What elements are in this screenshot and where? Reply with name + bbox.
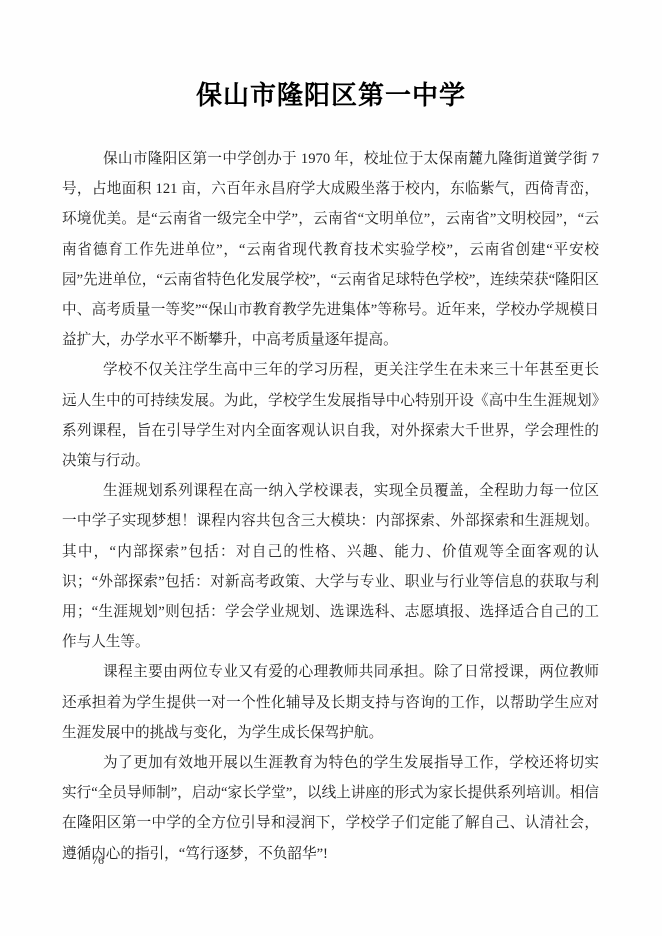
page-number: 76 — [92, 853, 104, 868]
paragraph-outlook: 为了更加有效地开展以生涯教育为特色的学生发展指导工作，学校还将切实实行“全员导师… — [62, 748, 599, 869]
document-page: 保山市隆阳区第一中学 保山市隆阳区第一中学创办于 1970 年，校址位于太保南麓… — [0, 0, 662, 936]
document-title: 保山市隆阳区第一中学 — [0, 0, 662, 112]
paragraph-curriculum-modules: 生涯规划系列课程在高一纳入学校课表，实现全员覆盖，全程助力每一位区一中学子实现梦… — [62, 476, 599, 657]
paragraph-teachers: 课程主要由两位专业又有爱的心理教师共同承担。除了日常授课，两位教师还承担着为学生… — [62, 657, 599, 748]
paragraph-development-focus: 学校不仅关注学生高中三年的学习历程，更关注学生在未来三十年甚至更长远人生中的可持… — [62, 355, 599, 476]
document-body: 保山市隆阳区第一中学创办于 1970 年，校址位于太保南麓九隆街道黉学街 7 号… — [62, 144, 599, 869]
paragraph-intro: 保山市隆阳区第一中学创办于 1970 年，校址位于太保南麓九隆街道黉学街 7 号… — [62, 144, 599, 355]
